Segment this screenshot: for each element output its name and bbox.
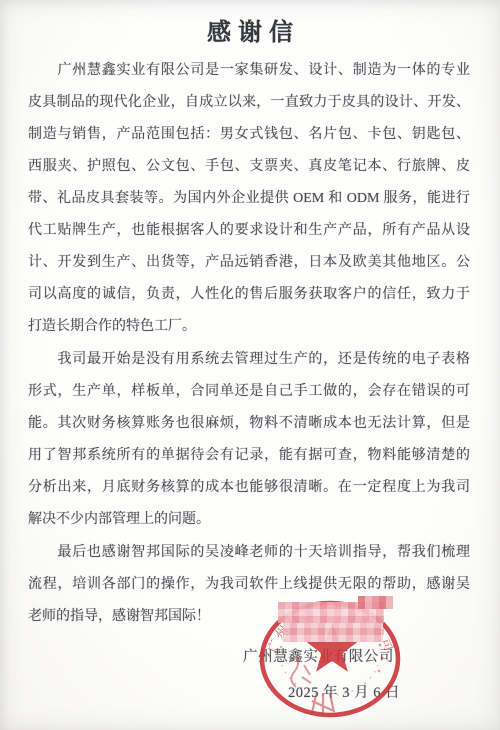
seal-edge-dot [280,646,283,649]
seal-edge-dot [381,657,384,660]
text-line: 用了智邦系统所有的单据待会有记录，能有据可查，物料能够清楚的 [28,440,470,472]
text-line: 分析出来，月底财务核算的成本也能够很清晰。在一定程度上为我司 [28,472,470,504]
text-line: 能。其次财务核算账务也很麻烦，物料不清晰成本也无法计算，但是 [28,408,470,440]
seal-edge-dot [379,644,382,647]
text-line: 西服夹、护照包、公文包、手包、支票夹、真皮笔记本、行旅牌、皮 [28,151,470,183]
paragraph-company-intro: 广州慧鑫实业有限公司是一家集研发、设计、制造为一体的专业皮具制品的现代化企业，自… [28,55,470,343]
text-line: 打造长期合作的特色工厂。 [28,311,470,343]
paragraph-system-experience: 我司最开始是没有用系统去管理过生产的，还是传统的电子表格形式，生产单，样板单，合… [28,344,470,536]
letter-title: 感谢信 [0,12,500,47]
text-line: 解决不少内部管理上的问题。 [28,504,470,536]
scanned-letter-page: 感谢信 广州慧鑫实业有限公司是一家集研发、设计、制造为一体的专业皮具制品的现代化… [0,0,500,730]
text-line: 带、礼品皮具套装等。为国内外企业提供 OEM 和 ODM 服务，能进行 [28,183,470,215]
text-line: 最后也感谢智邦国际的吴凌峰老师的十天培训指导，帮我们梳理 [28,537,470,569]
seal-edge-dot [378,670,381,673]
text-line: 广州慧鑫实业有限公司是一家集研发、设计、制造为一体的专业 [28,55,470,87]
text-line: 形式，生产单，样板单，合同单还是自己手工做的，会存在错误的可 [28,376,470,408]
redaction-mosaic-block [283,623,383,642]
text-line: 皮具制品的现代化企业，自成立以来，一直致力于皮具的设计、开发、 [28,87,470,119]
redaction-mosaic-block [358,596,393,609]
seal-lower-strokes [312,693,334,713]
text-line: 我司最开始是没有用系统去管理过生产的，还是传统的电子表格 [28,344,470,376]
text-line: 司以高度的诚信，负责，人性化的售后服务获取客户的信任，致力于 [28,279,470,311]
letter-body: 广州慧鑫实业有限公司是一家集研发、设计、制造为一体的专业皮具制品的现代化企业，自… [28,55,470,633]
text-line: 制造与销售，产品范围包括：男女式钱包、名片包、卡包、钥匙包、 [28,119,470,151]
text-line: 计、开发到生产、出货等，产品远销香港，日本及欧美其他地区。公 [28,247,470,279]
seal-smudge-marks [291,655,311,687]
text-line: 代工贴牌生产，也能根据客人的要求设计和生产产品，所有产品从设 [28,215,470,247]
